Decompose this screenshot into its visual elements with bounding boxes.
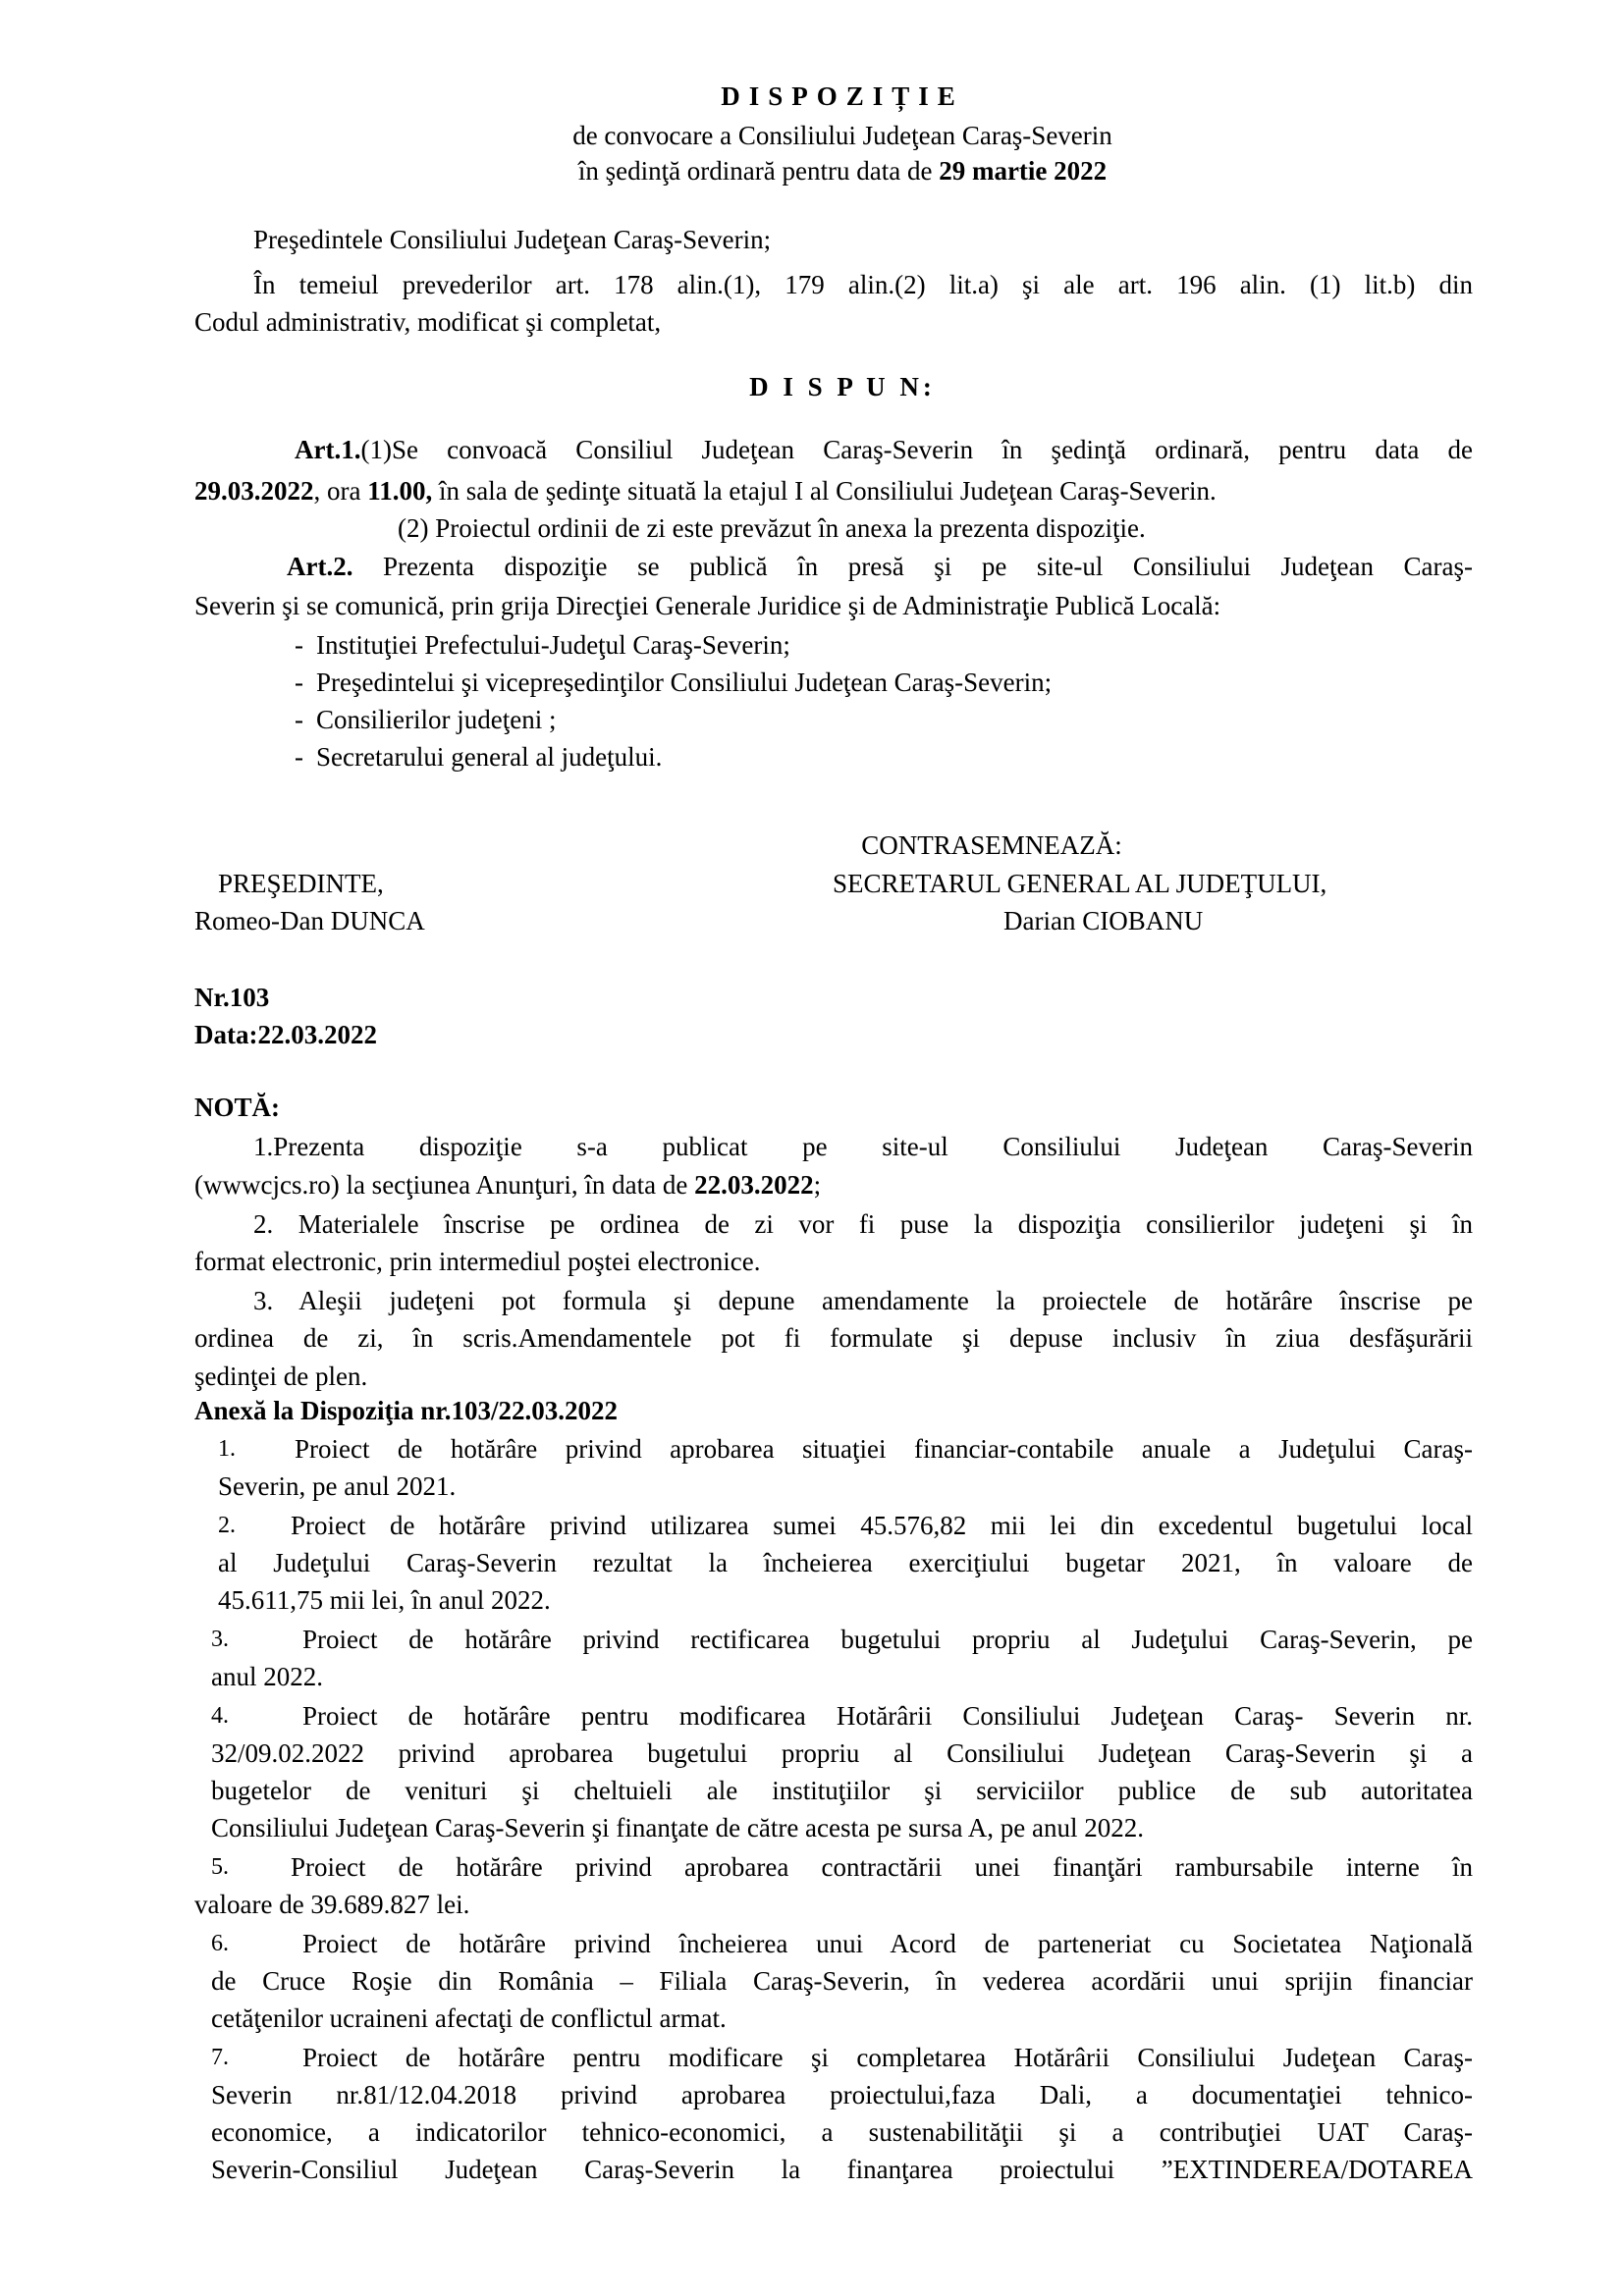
- annex-item-number: 3.: [211, 1624, 229, 1655]
- meeting-date: 29 martie 2022: [939, 156, 1107, 186]
- nota-item-3-line-3: şedinţei de plen.: [194, 1361, 367, 1392]
- art1-location: în sala de şedinţe situată la etajul I a…: [432, 476, 1217, 506]
- art1-ora: , ora: [314, 476, 368, 506]
- art1-text: (1)Se convoacă Consiliul Judeţean Caraş-…: [360, 435, 1473, 464]
- registration-date: Data:22.03.2022: [194, 1019, 377, 1050]
- president-role: PREŞEDINTE,: [218, 868, 384, 899]
- nota-item-3-line-2: ordinea de zi, în scris.Amendamentele po…: [194, 1322, 1473, 1354]
- art2-label: Art.2.: [287, 552, 352, 581]
- annex-item-line: Proiect de hotărâre pentru modificarea H…: [302, 1700, 1473, 1732]
- art1-line-2: 29.03.2022, ora 11.00, în sala de şedinţ…: [194, 475, 1217, 507]
- document-subtitle-date-line: în şedinţă ordinară pentru data de 29 ma…: [194, 155, 1490, 187]
- countersign-heading: CONTRASEMNEAZĂ:: [785, 829, 1198, 861]
- secretary-role: SECRETARUL GENERAL AL JUDEŢULUI,: [833, 868, 1326, 899]
- document-subtitle: de convocare a Consiliului Judeţean Cara…: [194, 120, 1490, 151]
- nota-item-1-text: (wwwcjcs.ro) la secţiunea Anunţuri, în d…: [194, 1170, 694, 1200]
- nota-item-1-suffix: ;: [814, 1170, 822, 1200]
- annex-item-line: valoare de 39.689.827 lei.: [194, 1889, 469, 1920]
- recipient-text: Preşedintelui şi vicepreşedinţilor Consi…: [316, 667, 1052, 697]
- annex-heading: Anexă la Dispoziţia nr.103/22.03.2022: [194, 1395, 618, 1426]
- art1-para-2: (2) Proiectul ordinii de zi este prevăzu…: [398, 512, 1146, 544]
- dash-bullet-icon: -: [295, 629, 316, 661]
- recipient-item: -Consilierilor judeţeni ;: [295, 704, 556, 735]
- document-title: DISPOZIȚIE: [194, 80, 1490, 112]
- annex-item-line: Proiect de hotărâre privind rectificarea…: [302, 1624, 1473, 1655]
- art1-date: 29.03.2022: [194, 476, 314, 506]
- preamble-line-2: În temeiul prevederilor art. 178 alin.(1…: [253, 269, 1473, 300]
- annex-item-line: 45.611,75 mii lei, în anul 2022.: [218, 1584, 551, 1616]
- recipient-item: -Instituţiei Prefectului-Judeţul Caraş-S…: [295, 629, 790, 661]
- dispun-heading: D I S P U N:: [194, 371, 1490, 402]
- annex-item-line: Consiliului Judeţean Caraş-Severin şi fi…: [211, 1812, 1144, 1843]
- president-name: Romeo-Dan DUNCA: [194, 905, 425, 936]
- art1-line-1: Art.1.(1)Se convoacă Consiliul Judeţean …: [295, 434, 1473, 465]
- recipient-item: -Secretarului general al judeţului.: [295, 741, 662, 773]
- art1-label: Art.1.: [295, 435, 360, 464]
- nota-item-2-line-1: 2. Materialele înscrise pe ordinea de zi…: [253, 1208, 1473, 1240]
- annex-item-line: de Cruce Roşie din România – Filiala Car…: [211, 1965, 1473, 1997]
- subtitle-date-prefix: în şedinţă ordinară pentru data de: [578, 156, 939, 186]
- dash-bullet-icon: -: [295, 704, 316, 735]
- art2-line-2: Severin şi se comunică, prin grija Direc…: [194, 590, 1220, 621]
- dash-bullet-icon: -: [295, 741, 316, 773]
- annex-item-line: Severin nr.81/12.04.2018 privind aprobar…: [211, 2079, 1473, 2110]
- art2-line-1: Art.2. Prezenta dispoziţie se publică în…: [287, 551, 1473, 582]
- art1-time: 11.00,: [367, 476, 432, 506]
- registration-number: Nr.103: [194, 982, 269, 1013]
- dash-bullet-icon: -: [295, 667, 316, 698]
- annex-item-line: economice, a indicatorilor tehnico-econo…: [211, 2116, 1473, 2148]
- annex-item-line: Severin-Consiliul Judeţean Caraş-Severin…: [211, 2154, 1473, 2185]
- recipient-item: -Preşedintelui şi vicepreşedinţilor Cons…: [295, 667, 1052, 698]
- recipient-text: Instituţiei Prefectului-Judeţul Caraş-Se…: [316, 630, 790, 660]
- annex-item-line: Proiect de hotărâre privind aprobarea si…: [295, 1433, 1473, 1465]
- annex-item-line: al Judeţului Caraş-Severin rezultat la î…: [218, 1547, 1473, 1578]
- annex-item-line: 32/09.02.2022 privind aprobarea bugetulu…: [211, 1737, 1473, 1769]
- art2-text: Prezenta dispoziţie se publică în presă …: [352, 552, 1473, 581]
- preamble-line-3: Codul administrativ, modificat şi comple…: [194, 306, 661, 338]
- nota-item-2-line-2: format electronic, prin intermediul poşt…: [194, 1246, 761, 1277]
- annex-item-line: Severin, pe anul 2021.: [218, 1470, 456, 1502]
- annex-item-line: Proiect de hotărâre pentru modificare şi…: [302, 2042, 1473, 2073]
- nota-publish-date: 22.03.2022: [694, 1170, 814, 1200]
- annex-item-number: 5.: [211, 1851, 229, 1883]
- nota-item-1-line-2: (wwwcjcs.ro) la secţiunea Anunţuri, în d…: [194, 1169, 821, 1201]
- annex-item-line: Proiect de hotărâre privind încheierea u…: [302, 1928, 1473, 1959]
- annex-item-number: 1.: [218, 1433, 236, 1465]
- nota-item-3-line-1: 3. Aleşii judeţeni pot formula şi depune…: [253, 1285, 1473, 1316]
- annex-item-line: Proiect de hotărâre privind utilizarea s…: [291, 1510, 1473, 1541]
- annex-item-number: 2.: [218, 1510, 236, 1541]
- annex-item-number: 4.: [211, 1700, 229, 1732]
- annex-item-line: cetăţenilor ucraineni afectaţi de confli…: [211, 2002, 727, 2034]
- secretary-name: Darian CIOBANU: [1003, 905, 1203, 936]
- annex-item-number: 7.: [211, 2042, 229, 2073]
- document-page: DISPOZIȚIE de convocare a Consiliului Ju…: [0, 0, 1624, 2296]
- recipient-text: Secretarului general al judeţului.: [316, 742, 662, 772]
- annex-item-line: Proiect de hotărâre privind aprobarea co…: [291, 1851, 1473, 1883]
- recipient-text: Consilierilor judeţeni ;: [316, 705, 556, 734]
- annex-item-line: anul 2022.: [211, 1661, 323, 1692]
- nota-heading: NOTĂ:: [194, 1092, 280, 1123]
- preamble-line-1: Preşedintele Consiliului Judeţean Caraş-…: [194, 224, 771, 255]
- annex-item-line: bugetelor de venituri şi cheltuieli ale …: [211, 1775, 1473, 1806]
- annex-item-number: 6.: [211, 1928, 229, 1959]
- nota-item-1-line-1: 1.Prezenta dispoziţie s-a publicat pe si…: [253, 1131, 1473, 1162]
